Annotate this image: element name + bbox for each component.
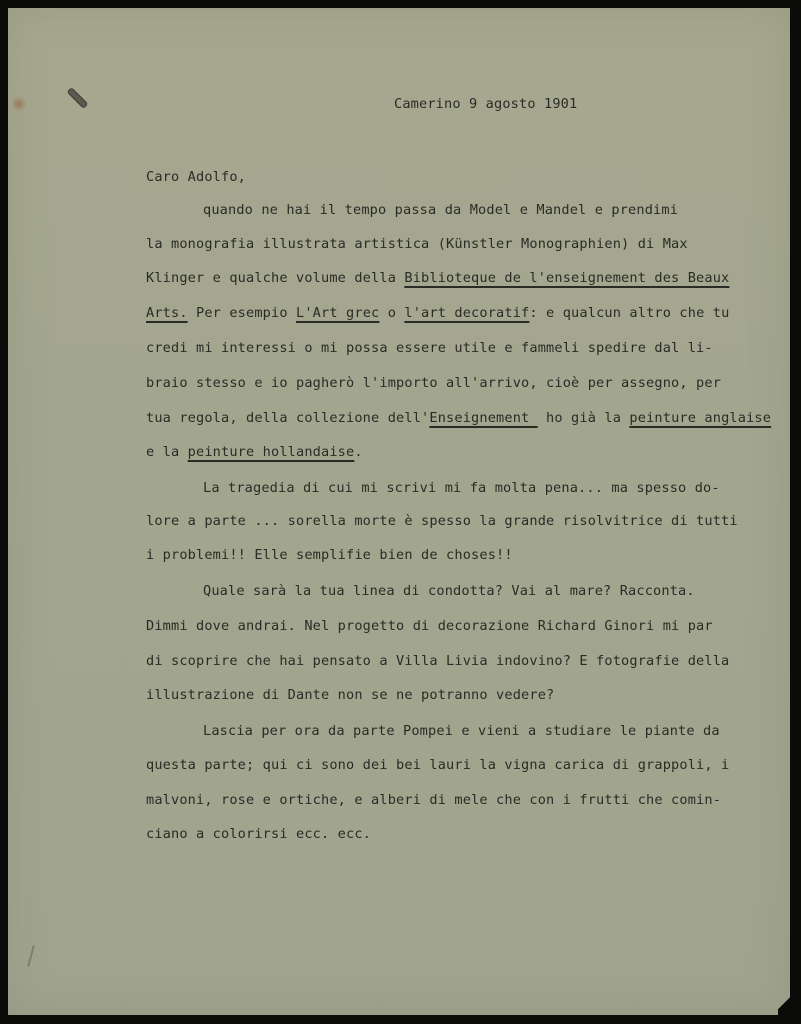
letter-line: Dimmi dove andrai. Nel progetto di decor… bbox=[146, 618, 713, 634]
line-text: credi mi interessi o mi possa essere uti… bbox=[146, 340, 713, 356]
underlined-title: peinture anglaise bbox=[629, 410, 771, 426]
line-text: Per esempio bbox=[188, 305, 296, 321]
letter-line: Quale sarà la tua linea di condotta? Vai… bbox=[203, 583, 695, 599]
line-text: lore a parte ... sorella morte è spesso … bbox=[146, 513, 738, 529]
line-text: Klinger e qualche volume della bbox=[146, 270, 404, 286]
letter-line: Lascia per ora da parte Pompei e vieni a… bbox=[203, 723, 720, 739]
letter-line: illustrazione di Dante non se ne potrann… bbox=[146, 687, 554, 703]
line-text: : e qualcun altro che tu bbox=[529, 305, 729, 321]
line-text: braio stesso e io pagherò l'importo all'… bbox=[146, 375, 721, 391]
line-text: quando ne hai il tempo passa da Model e … bbox=[203, 202, 678, 218]
letter-line: La tragedia di cui mi scrivi mi fa molta… bbox=[203, 480, 720, 496]
line-text: tua regola, della collezione dell' bbox=[146, 410, 429, 426]
letter-line: quando ne hai il tempo passa da Model e … bbox=[203, 202, 678, 218]
salutation: Caro Adolfo, bbox=[146, 169, 246, 185]
letter-page: Camerino 9 agosto 1901 Caro Adolfo, quan… bbox=[8, 8, 790, 1015]
line-text: e la bbox=[146, 444, 188, 460]
letter-line: Arts. Per esempio L'Art grec o l'art dec… bbox=[146, 305, 729, 321]
letter-line: credi mi interessi o mi possa essere uti… bbox=[146, 340, 713, 356]
line-text: la monografia illustrata artistica (Küns… bbox=[146, 236, 688, 252]
letter-line: tua regola, della collezione dell'Enseig… bbox=[146, 410, 771, 426]
letter-line: Klinger e qualche volume della Biblioteq… bbox=[146, 270, 729, 286]
underlined-title: L'Art grec bbox=[296, 305, 379, 321]
line-text: Dimmi dove andrai. Nel progetto di decor… bbox=[146, 618, 713, 634]
letter-line: braio stesso e io pagherò l'importo all'… bbox=[146, 375, 721, 391]
line-text: malvoni, rose e ortiche, e alberi di mel… bbox=[146, 792, 721, 808]
letter-line: questa parte; qui ci sono dei bei lauri … bbox=[146, 757, 729, 773]
letter-line: di scoprire che hai pensato a Villa Livi… bbox=[146, 653, 729, 669]
underlined-title: Arts. bbox=[146, 305, 188, 321]
rust-stain bbox=[12, 96, 26, 112]
underlined-title: peinture hollandaise bbox=[188, 444, 355, 460]
line-text: illustrazione di Dante non se ne potrann… bbox=[146, 687, 554, 703]
line-text: i problemi!! Elle semplifie bien de chos… bbox=[146, 547, 513, 563]
line-text: Lascia per ora da parte Pompei e vieni a… bbox=[203, 723, 720, 739]
letter-line: ciano a colorirsi ecc. ecc. bbox=[146, 826, 371, 842]
pencil-mark bbox=[27, 945, 35, 967]
line-text: Quale sarà la tua linea di condotta? Vai… bbox=[203, 583, 695, 599]
line-text: o bbox=[379, 305, 404, 321]
underlined-title: Enseignement bbox=[429, 410, 537, 426]
line-text: . bbox=[354, 444, 362, 460]
line-text: di scoprire che hai pensato a Villa Livi… bbox=[146, 653, 729, 669]
letter-line: i problemi!! Elle semplifie bien de chos… bbox=[146, 547, 513, 563]
letter-line: la monografia illustrata artistica (Küns… bbox=[146, 236, 688, 252]
line-text: La tragedia di cui mi scrivi mi fa molta… bbox=[203, 480, 720, 496]
staple-mark bbox=[67, 87, 89, 109]
line-text: ho già la bbox=[538, 410, 630, 426]
line-text: ciano a colorirsi ecc. ecc. bbox=[146, 826, 371, 842]
letter-line: lore a parte ... sorella morte è spesso … bbox=[146, 513, 738, 529]
letter-line: e la peinture hollandaise. bbox=[146, 444, 363, 460]
underlined-title: Biblioteque de l'enseignement des Beaux bbox=[404, 270, 729, 286]
date-line: Camerino 9 agosto 1901 bbox=[394, 96, 577, 112]
underlined-title: l'art decoratif bbox=[404, 305, 529, 321]
line-text: questa parte; qui ci sono dei bei lauri … bbox=[146, 757, 729, 773]
letter-line: malvoni, rose e ortiche, e alberi di mel… bbox=[146, 792, 721, 808]
